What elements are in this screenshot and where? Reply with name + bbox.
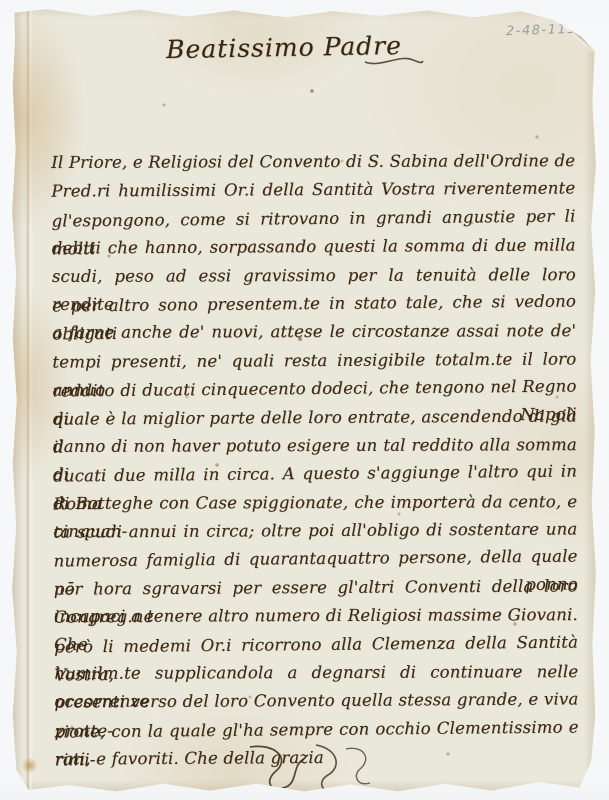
letter-line: scudi, peso ad essi gravissimo per la te… bbox=[52, 261, 576, 291]
foxing-specks bbox=[11, 8, 13, 10]
letter-line: Il Priore, e Religiosi del Convento di S… bbox=[51, 147, 575, 177]
letter-page: 2-48-115 Beatissimo Padre Il Priore, e R… bbox=[11, 8, 597, 793]
letter-line: gl'espongono, come si ritrovano in grand… bbox=[51, 202, 575, 235]
letter-line: di Botteghe con Case spiggionate, che im… bbox=[53, 488, 577, 518]
letter-line: reddito di ducati cinquecento dodeci, ch… bbox=[52, 373, 576, 406]
ink-flourish-icon bbox=[246, 741, 376, 799]
letter-body: Il Priore, e Religiosi del Convento di S… bbox=[51, 146, 579, 774]
letter-line: incapaci a tenere altro numero di Religi… bbox=[54, 601, 578, 631]
letter-line: debiti che hanno, sorpassando questi la … bbox=[52, 232, 576, 264]
letter-line: a farne anche de' nuovi, attese le circo… bbox=[52, 317, 576, 347]
letter-line: e per altro sono presentem.te in stato t… bbox=[52, 287, 576, 320]
letter-line: però li medemi Or.i ricorrono alla Cleme… bbox=[54, 628, 578, 661]
letter-line: humilm.te supplicandola a degnarsi di co… bbox=[54, 658, 578, 688]
letter-line: ducati due milla in circa. A questo s'ag… bbox=[53, 458, 577, 491]
letter-line: tempi presenti, ne' quali resta inesigib… bbox=[52, 345, 576, 377]
letter-line: danno di non haver potuto esigere un tal… bbox=[53, 431, 577, 461]
letter-line: numerosa famiglia di quarantaquattro per… bbox=[53, 543, 577, 576]
letter-salutation: Beatissimo Padre bbox=[0, 28, 577, 67]
scanned-letter: 2-48-115 Beatissimo Padre Il Priore, e R… bbox=[0, 0, 609, 800]
pen-flourish-icon bbox=[363, 52, 425, 70]
letter-line: Pred.ri humilissimi Or.i della Santità V… bbox=[51, 175, 575, 207]
